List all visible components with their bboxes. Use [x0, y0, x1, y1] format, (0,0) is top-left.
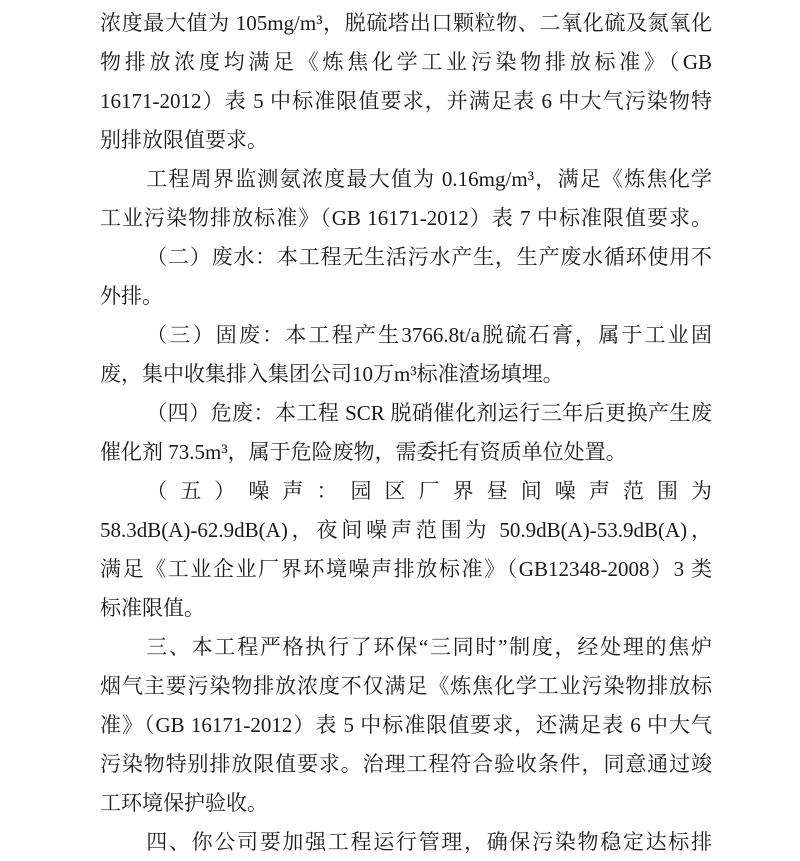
text-line: 16171-2012）表 5 中标准限值要求，并满足表 6 中大气污染物特 [100, 82, 712, 121]
text-line: 别排放限值要求。 [100, 121, 712, 160]
text-line: 烟气主要污染物排放浓度不仅满足《炼焦化学工业污染物排放标 [100, 667, 712, 706]
text-line: 标准限值。 [100, 589, 712, 628]
text-line: 废，集中收集排入集团公司10万m³标准渣场填埋。 [100, 355, 712, 394]
text-line: 58.3dB(A)-62.9dB(A)，夜间噪声范围为 50.9dB(A)-53… [100, 511, 712, 550]
text-line: （四）危废：本工程 SCR 脱硝催化剂运行三年后更换产生废 [100, 394, 712, 433]
text-line: 浓度最大值为 105mg/m³，脱硫塔出口颗粒物、二氧化硫及氮氧化 [100, 4, 712, 43]
text-line: （二）废水：本工程无生活污水产生，生产废水循环使用不 [100, 238, 712, 277]
text-line: （三）固废：本工程产生3766.8t/a脱硫石膏，属于工业固 [100, 316, 712, 355]
text-line: 四、你公司要加强工程运行管理，确保污染物稳定达标排放， [100, 823, 712, 861]
text-line: 满足《工业企业厂界环境噪声排放标准》（GB12348-2008）3 类 [100, 550, 712, 589]
text-line: 工环境保护验收。 [100, 784, 712, 823]
text-line: 污染物特别排放限值要求。治理工程符合验收条件，同意通过竣 [100, 745, 712, 784]
text-line: 工程周界监测氨浓度最大值为 0.16mg/m³，满足《炼焦化学 [100, 160, 712, 199]
text-line: 工业污染物排放标准》（GB 16171-2012）表 7 中标准限值要求。 [100, 199, 712, 238]
scanned-document-page: { "page": { "background_color": "#ffffff… [0, 0, 800, 861]
text-line: 外排。 [100, 277, 712, 316]
text-line: 催化剂 73.5m³，属于危险废物，需委托有资质单位处置。 [100, 433, 712, 472]
text-line: 三、本工程严格执行了环保“三同时”制度，经处理的焦炉 [100, 628, 712, 667]
text-line: 物排放浓度均满足《炼焦化学工业污染物排放标准》（GB [100, 43, 712, 82]
text-line: （五）噪声：园区厂界昼间噪声范围为 [100, 472, 712, 511]
text-line: 准》（GB 16171-2012）表 5 中标准限值要求，还满足表 6 中大气 [100, 706, 712, 745]
document-body: 浓度最大值为 105mg/m³，脱硫塔出口颗粒物、二氧化硫及氮氧化物排放浓度均满… [0, 0, 800, 861]
